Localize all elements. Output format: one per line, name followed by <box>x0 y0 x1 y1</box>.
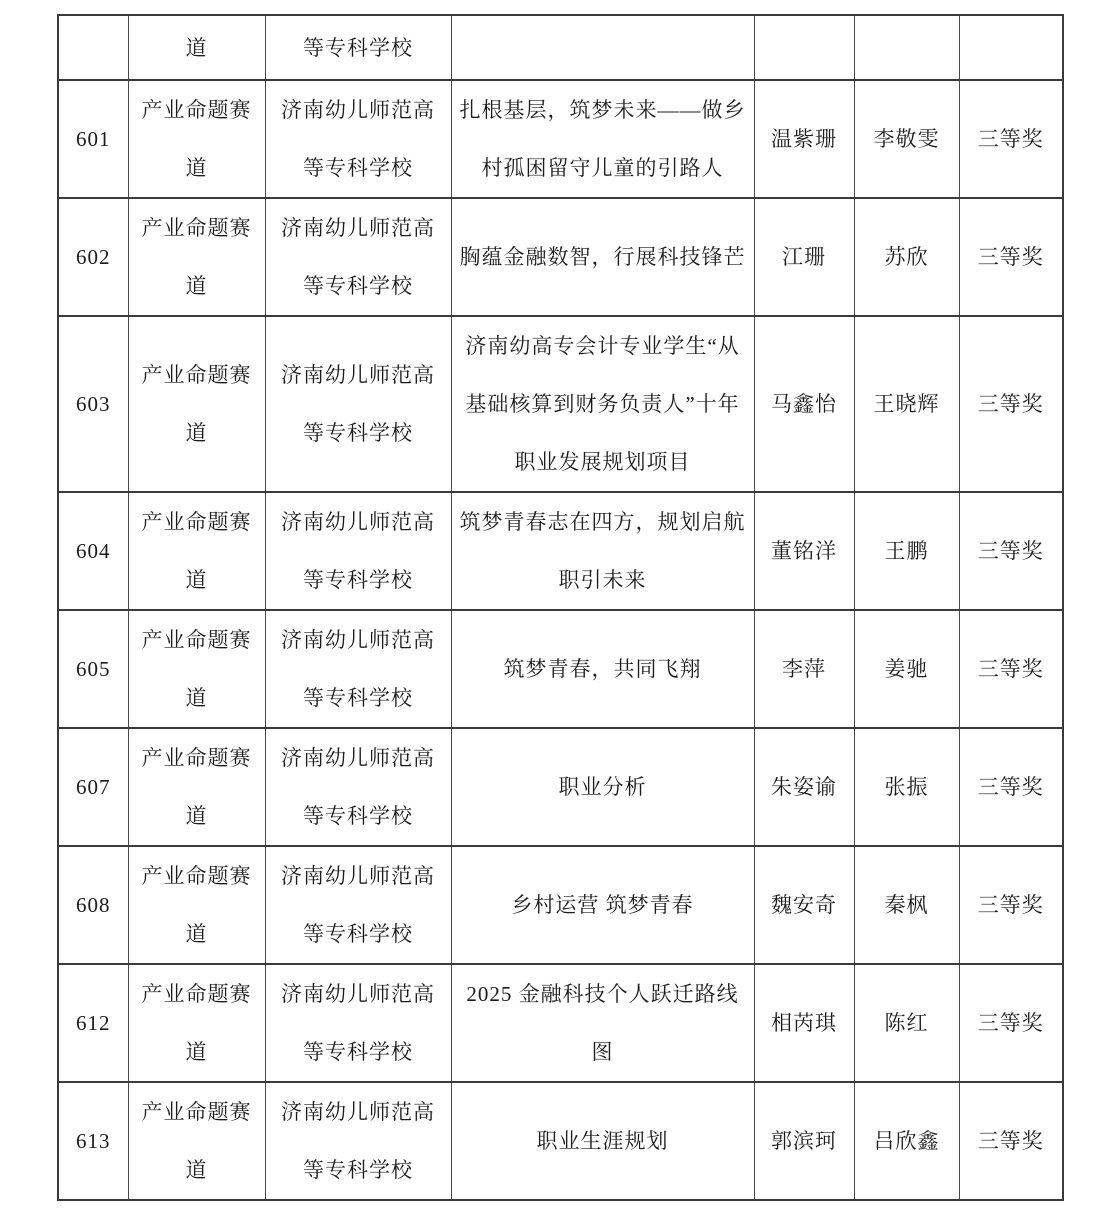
cell-track: 产业命题赛 道 <box>128 1082 265 1200</box>
cell-track: 产业命题赛 道 <box>128 80 265 198</box>
table-row-608: 608 产业命题赛 道 济南幼儿师范高 等专科学校 乡村运营 筑梦青春 魏安奇 … <box>58 846 1063 964</box>
cell-number: 613 <box>58 1082 128 1200</box>
cell-member-1 <box>754 15 854 80</box>
table-row-603: 603 产业命题赛 道 济南幼儿师范高 等专科学校 济南幼高专会计专业学生“从 … <box>58 316 1063 492</box>
cell-member-2 <box>854 15 959 80</box>
cell-track: 产业命题赛 道 <box>128 316 265 492</box>
cell-award: 三等奖 <box>959 1082 1063 1200</box>
cell-member-2: 王晓辉 <box>854 316 959 492</box>
cell-school: 济南幼儿师范高 等专科学校 <box>265 1082 451 1200</box>
cell-track: 道 <box>128 15 265 80</box>
cell-track: 产业命题赛 道 <box>128 846 265 964</box>
cell-member-1: 马鑫怡 <box>754 316 854 492</box>
cell-number: 601 <box>58 80 128 198</box>
awards-table: 道 等专科学校 601 产业命题赛 道 济南幼儿师范高 等专科学校 扎根基层，筑… <box>57 14 1064 1201</box>
cell-track: 产业命题赛 道 <box>128 198 265 316</box>
cell-school: 济南幼儿师范高 等专科学校 <box>265 198 451 316</box>
cell-member-1: 江珊 <box>754 198 854 316</box>
cell-track: 产业命题赛 道 <box>128 964 265 1082</box>
cell-member-1: 温紫珊 <box>754 80 854 198</box>
cell-number: 603 <box>58 316 128 492</box>
cell-project: 筑梦青春，共同飞翔 <box>451 610 754 728</box>
cell-school: 等专科学校 <box>265 15 451 80</box>
cell-number <box>58 15 128 80</box>
cell-member-2: 陈红 <box>854 964 959 1082</box>
table-row-612: 612 产业命题赛 道 济南幼儿师范高 等专科学校 2025 金融科技个人跃迁路… <box>58 964 1063 1082</box>
cell-project: 胸蕴金融数智，行展科技锋芒 <box>451 198 754 316</box>
cell-member-1: 朱姿谕 <box>754 728 854 846</box>
cell-award: 三等奖 <box>959 610 1063 728</box>
cell-member-2: 吕欣鑫 <box>854 1082 959 1200</box>
cell-member-2: 李敬雯 <box>854 80 959 198</box>
cell-number: 602 <box>58 198 128 316</box>
cell-number: 608 <box>58 846 128 964</box>
cell-award: 三等奖 <box>959 728 1063 846</box>
table-row-604: 604 产业命题赛 道 济南幼儿师范高 等专科学校 筑梦青春志在四方，规划启航 … <box>58 492 1063 610</box>
cell-school: 济南幼儿师范高 等专科学校 <box>265 610 451 728</box>
cell-project: 乡村运营 筑梦青春 <box>451 846 754 964</box>
table-row-607: 607 产业命题赛 道 济南幼儿师范高 等专科学校 职业分析 朱姿谕 张振 三等… <box>58 728 1063 846</box>
cell-award: 三等奖 <box>959 846 1063 964</box>
table-row-601: 601 产业命题赛 道 济南幼儿师范高 等专科学校 扎根基层，筑梦未来——做乡 … <box>58 80 1063 198</box>
cell-project: 扎根基层，筑梦未来——做乡 村孤困留守儿童的引路人 <box>451 80 754 198</box>
cell-project: 2025 金融科技个人跃迁路线 图 <box>451 964 754 1082</box>
cell-member-2: 秦枫 <box>854 846 959 964</box>
cell-award: 三等奖 <box>959 964 1063 1082</box>
cell-project: 济南幼高专会计专业学生“从 基础核算到财务负责人”十年 职业发展规划项目 <box>451 316 754 492</box>
cell-award <box>959 15 1063 80</box>
cell-member-2: 苏欣 <box>854 198 959 316</box>
cell-member-1: 魏安奇 <box>754 846 854 964</box>
cell-member-1: 郭滨珂 <box>754 1082 854 1200</box>
cell-school: 济南幼儿师范高 等专科学校 <box>265 964 451 1082</box>
cell-project: 职业分析 <box>451 728 754 846</box>
table-row-605: 605 产业命题赛 道 济南幼儿师范高 等专科学校 筑梦青春，共同飞翔 李萍 姜… <box>58 610 1063 728</box>
cell-member-1: 李萍 <box>754 610 854 728</box>
document-page: 道 等专科学校 601 产业命题赛 道 济南幼儿师范高 等专科学校 扎根基层，筑… <box>0 0 1107 1210</box>
cell-number: 607 <box>58 728 128 846</box>
cell-member-1: 董铭洋 <box>754 492 854 610</box>
cell-school: 济南幼儿师范高 等专科学校 <box>265 80 451 198</box>
cell-project: 职业生涯规划 <box>451 1082 754 1200</box>
cell-project: 筑梦青春志在四方，规划启航 职引未来 <box>451 492 754 610</box>
cell-track: 产业命题赛 道 <box>128 728 265 846</box>
cell-member-2: 张振 <box>854 728 959 846</box>
table-row-613: 613 产业命题赛 道 济南幼儿师范高 等专科学校 职业生涯规划 郭滨珂 吕欣鑫… <box>58 1082 1063 1200</box>
cell-track: 产业命题赛 道 <box>128 492 265 610</box>
cell-number: 604 <box>58 492 128 610</box>
cell-number: 605 <box>58 610 128 728</box>
table-row-602: 602 产业命题赛 道 济南幼儿师范高 等专科学校 胸蕴金融数智，行展科技锋芒 … <box>58 198 1063 316</box>
cell-school: 济南幼儿师范高 等专科学校 <box>265 492 451 610</box>
cell-award: 三等奖 <box>959 492 1063 610</box>
cell-project <box>451 15 754 80</box>
cell-member-2: 王鹏 <box>854 492 959 610</box>
table-row-carryover: 道 等专科学校 <box>58 15 1063 80</box>
cell-school: 济南幼儿师范高 等专科学校 <box>265 316 451 492</box>
cell-school: 济南幼儿师范高 等专科学校 <box>265 846 451 964</box>
cell-member-1: 相芮琪 <box>754 964 854 1082</box>
cell-number: 612 <box>58 964 128 1082</box>
cell-school: 济南幼儿师范高 等专科学校 <box>265 728 451 846</box>
cell-award: 三等奖 <box>959 198 1063 316</box>
cell-member-2: 姜驰 <box>854 610 959 728</box>
cell-award: 三等奖 <box>959 80 1063 198</box>
cell-award: 三等奖 <box>959 316 1063 492</box>
cell-track: 产业命题赛 道 <box>128 610 265 728</box>
